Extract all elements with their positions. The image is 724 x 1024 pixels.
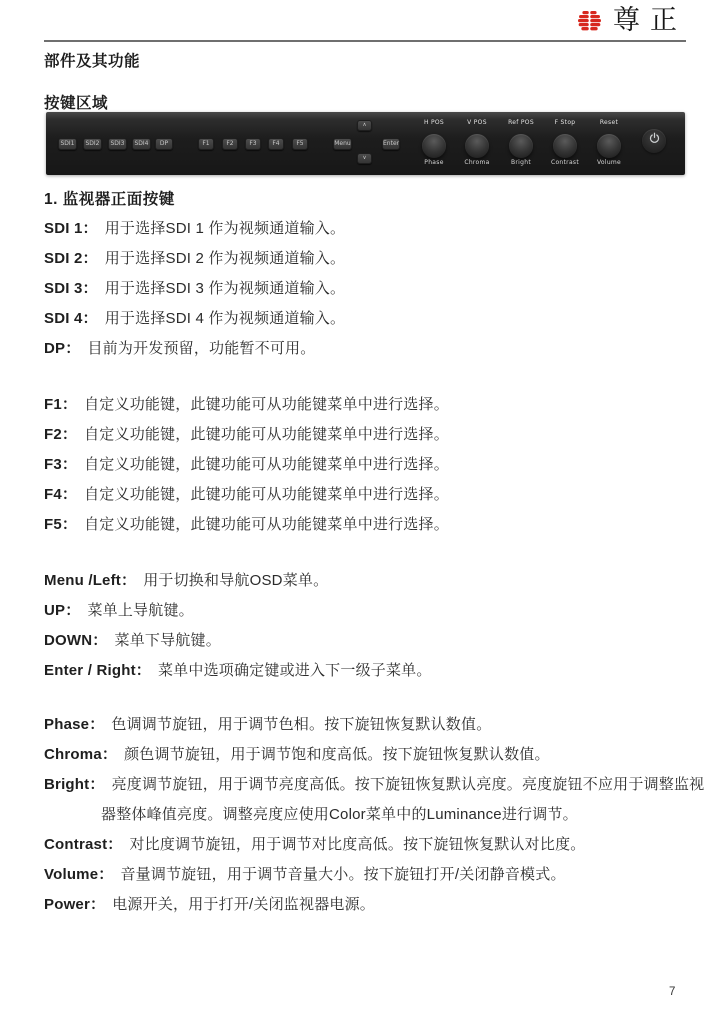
item-text: 自定义功能键，此键功能可从功能键菜单中进行选择。 (84, 396, 449, 413)
power-icon (648, 132, 661, 150)
item-label: Contrast： (44, 836, 122, 853)
list-item: F3：自定义功能键，此键功能可从功能键菜单中进行选择。 (44, 450, 694, 480)
item-text: 对比度调节旋钮，用于调节对比度高低。按下旋钮恢复默认对比度。 (129, 836, 585, 853)
item-text: 菜单上导航键。 (87, 602, 193, 619)
list-item: Volume：音量调节旋钮，用于调节音量大小。按下旋钮打开/关闭静音模式。 (44, 860, 694, 890)
enter-key: Enter (382, 138, 400, 150)
power-key (642, 129, 666, 153)
f2-key: F2 (222, 138, 238, 150)
item-label: Volume： (44, 866, 113, 883)
up-arrow-key: ∧ (357, 120, 372, 131)
f4-key: F4 (268, 138, 284, 150)
item-text: 用于选择SDI 4 作为视频通道输入。 (105, 310, 345, 327)
f3-key: F3 (245, 138, 261, 150)
menu-key: Menu (333, 138, 352, 150)
list-item: Bright：亮度调节旋钮，用于调节亮度高低。按下旋钮恢复默认亮度。亮度旋钮不应… (44, 770, 694, 830)
knob-top-label: Reset (581, 119, 637, 126)
knob-descriptions: Phase：色调调节旋钮，用于调节色相。按下旋钮恢复默认数值。 Chroma：颜… (44, 710, 694, 920)
list-item: Chroma：颜色调节旋钮，用于调节饱和度高低。按下旋钮恢复默认数值。 (44, 740, 694, 770)
item-label: F5： (44, 516, 77, 533)
list-item: F4：自定义功能键，此键功能可从功能键菜单中进行选择。 (44, 480, 694, 510)
list-item: SDI 2：用于选择SDI 2 作为视频通道输入。 (44, 244, 694, 274)
item-label: F3： (44, 456, 77, 473)
item-text: 色调调节旋钮，用于调节色相。按下旋钮恢复默认数值。 (111, 716, 491, 733)
list-item: F5：自定义功能键，此键功能可从功能键菜单中进行选择。 (44, 510, 694, 540)
brand-name: 尊正 (613, 6, 687, 36)
header-divider (44, 40, 686, 42)
brand-flower-icon (575, 10, 604, 33)
sdi3-key: SDI3 (108, 138, 127, 150)
sdi-descriptions: SDI 1：用于选择SDI 1 作为视频通道输入。 SDI 2：用于选择SDI … (44, 214, 694, 364)
item-label: DOWN： (44, 632, 108, 649)
list-item: F2：自定义功能键，此键功能可从功能键菜单中进行选择。 (44, 420, 694, 450)
list-item: F1：自定义功能键，此键功能可从功能键菜单中进行选择。 (44, 390, 694, 420)
item-label: Chroma： (44, 746, 117, 763)
down-arrow-key: ∨ (357, 153, 372, 164)
bright-knob (509, 134, 533, 158)
subsection-title: 按键区域 (44, 91, 108, 113)
item-label: Phase： (44, 716, 104, 733)
list-item: Menu /Left：用于切换和导航OSD菜单。 (44, 566, 694, 596)
item-label: Bright： (44, 776, 105, 793)
item-label: Menu /Left： (44, 572, 136, 589)
item-text: 自定义功能键，此键功能可从功能键菜单中进行选择。 (84, 426, 449, 443)
list-item: SDI 1：用于选择SDI 1 作为视频通道输入。 (44, 214, 694, 244)
item-label: DP： (44, 340, 80, 357)
item-text: 自定义功能键，此键功能可从功能键菜单中进行选择。 (84, 486, 449, 503)
item-text: 用于选择SDI 3 作为视频通道输入。 (105, 280, 345, 297)
item-text: 用于切换和导航OSD菜单。 (143, 572, 328, 589)
item-label: F1： (44, 396, 77, 413)
item-text: 自定义功能键，此键功能可从功能键菜单中进行选择。 (84, 516, 449, 533)
volume-knob (597, 134, 621, 158)
item-text: 颜色调节旋钮，用于调节饱和度高低。按下旋钮恢复默认数值。 (124, 746, 550, 763)
page-number: 7 (669, 986, 675, 998)
item-text-continued: 器整体峰值亮度。调整亮度应使用Color菜单中的Luminance进行调节。 (101, 806, 578, 823)
front-panel-photo: SDI1 SDI2 SDI3 SDI4 DP F1 F2 F3 F4 F5 Me… (46, 112, 685, 175)
navigation-key-descriptions: Menu /Left：用于切换和导航OSD菜单。 UP：菜单上导航键。 DOWN… (44, 566, 694, 686)
brand-logo: 尊正 (575, 6, 687, 36)
item-label: F4： (44, 486, 77, 503)
item-text: 菜单中选项确定键或进入下一级子菜单。 (158, 662, 432, 679)
list-item: SDI 4：用于选择SDI 4 作为视频通道输入。 (44, 304, 694, 334)
list-item: Contrast：对比度调节旋钮，用于调节对比度高低。按下旋钮恢复默认对比度。 (44, 830, 694, 860)
dp-key: DP (155, 138, 173, 150)
item-label: SDI 2： (44, 250, 98, 267)
item-text: 用于选择SDI 1 作为视频通道输入。 (105, 220, 345, 237)
knob-bottom-label: Volume (581, 159, 637, 166)
function-key-descriptions: F1：自定义功能键，此键功能可从功能键菜单中进行选择。 F2：自定义功能键，此键… (44, 390, 694, 540)
item-label: UP： (44, 602, 80, 619)
list-item: UP：菜单上导航键。 (44, 596, 694, 626)
item-text: 亮度调节旋钮，用于调节亮度高低。按下旋钮恢复默认亮度。亮度旋钮不应用于调整监视 (112, 776, 705, 793)
f5-key: F5 (292, 138, 308, 150)
list-item: Power：电源开关，用于打开/关闭监视器电源。 (44, 890, 694, 920)
item-label: Enter / Right： (44, 662, 151, 679)
sdi1-key: SDI1 (58, 138, 77, 150)
list-item: Phase：色调调节旋钮，用于调节色相。按下旋钮恢复默认数值。 (44, 710, 694, 740)
item-text: 自定义功能键，此键功能可从功能键菜单中进行选择。 (84, 456, 449, 473)
item-text: 音量调节旋钮，用于调节音量大小。按下旋钮打开/关闭静音模式。 (120, 866, 565, 883)
item-label: F2： (44, 426, 77, 443)
sdi4-key: SDI4 (132, 138, 151, 150)
chroma-knob (465, 134, 489, 158)
item-text: 用于选择SDI 2 作为视频通道输入。 (105, 250, 345, 267)
section-title: 部件及其功能 (44, 49, 140, 71)
f1-key: F1 (198, 138, 214, 150)
item-label: SDI 4： (44, 310, 98, 327)
list-item: DP：目前为开发预留，功能暂不可用。 (44, 334, 694, 364)
list-item: DOWN：菜单下导航键。 (44, 626, 694, 656)
item-label: SDI 1： (44, 220, 98, 237)
item-label: SDI 3： (44, 280, 98, 297)
sdi2-key: SDI2 (83, 138, 102, 150)
phase-knob (422, 134, 446, 158)
item-text: 菜单下导航键。 (115, 632, 221, 649)
item-text: 目前为开发预留，功能暂不可用。 (87, 340, 315, 357)
list-title: 1. 监视器正面按键 (44, 187, 175, 209)
list-item: Enter / Right：菜单中选项确定键或进入下一级子菜单。 (44, 656, 694, 686)
item-text: 电源开关，用于打开/关闭监视器电源。 (112, 896, 375, 913)
list-item: SDI 3：用于选择SDI 3 作为视频通道输入。 (44, 274, 694, 304)
contrast-knob (553, 134, 577, 158)
item-label: Power： (44, 896, 105, 913)
